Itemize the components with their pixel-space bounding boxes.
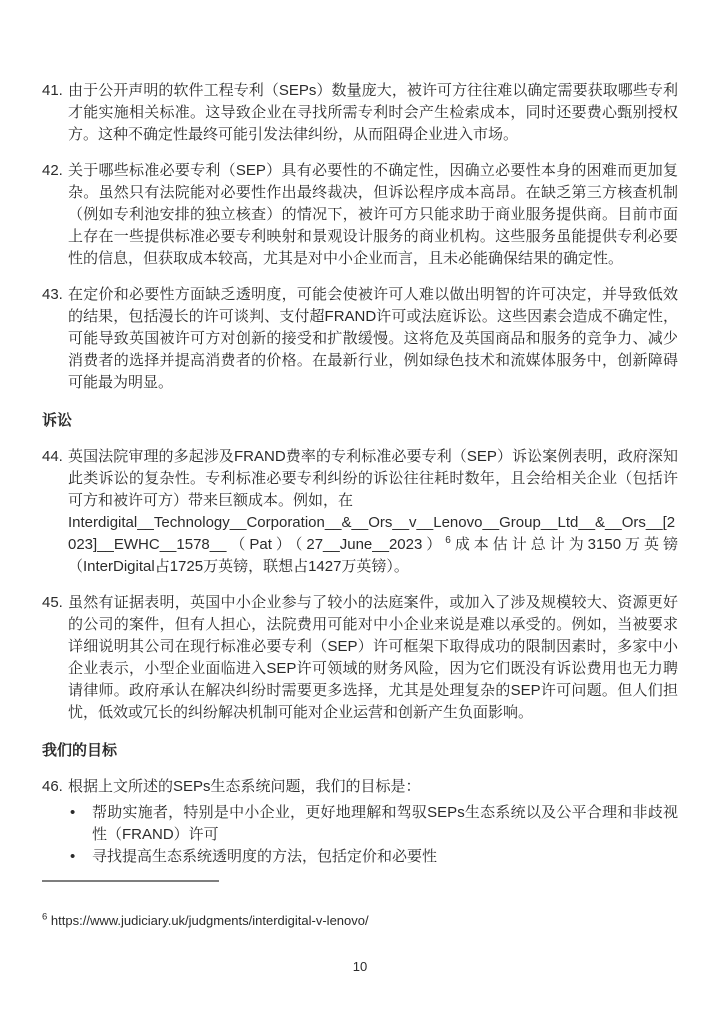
paragraph-41-number: 41. [42,80,68,146]
footnote-separator [42,880,219,882]
paragraph-43-text: 在定价和必要性方面缺乏透明度，可能会使被许可人难以做出明智的许可决定，并导致低效… [68,284,678,394]
section-heading-litigation: 诉讼 [42,410,678,432]
page-number: 10 [42,956,678,978]
paragraph-42: 42. 关于哪些标准必要专利（SEP）具有必要性的不确定性，因确立必要性本身的困… [42,160,678,270]
footnote-6-url: https://www.judiciary.uk/judgments/inter… [51,913,369,928]
list-item: • 帮助实施者，特别是中小企业，更好地理解和驾驭SEPs生态系统以及公平合理和非… [68,802,678,846]
footnote-6-marker: 6 [42,912,47,923]
paragraph-41-text: 由于公开声明的软件工程专利（SEPs）数量庞大，被许可方往往难以确定需要获取哪些… [68,80,678,146]
paragraph-43: 43. 在定价和必要性方面缺乏透明度，可能会使被许可人难以做出明智的许可决定，并… [42,284,678,394]
bullet-icon: • [68,802,92,846]
paragraph-44-number: 44. [42,446,68,578]
paragraph-44-text-before: 英国法院审理的多起涉及FRAND费率的专利标准必要专利（SEP）诉讼案例表明，政… [68,448,678,509]
paragraph-42-text: 关于哪些标准必要专利（SEP）具有必要性的不确定性，因确立必要性本身的困难而更加… [68,160,678,270]
paragraph-46-number: 46. [42,776,68,798]
bullet-1-text: 帮助实施者，特别是中小企业，更好地理解和驾驭SEPs生态系统以及公平合理和非歧视… [92,802,678,846]
paragraph-45-number: 45. [42,592,68,724]
bullet-icon: • [68,846,92,868]
list-item: • 寻找提高生态系统透明度的方法，包括定价和必要性 [68,846,678,868]
paragraph-42-number: 42. [42,160,68,270]
paragraph-45-text: 虽然有证据表明，英国中小企业参与了较小的法庭案件，或加入了涉及规模较大、资源更好… [68,592,678,724]
footnote-6: 6 https://www.judiciary.uk/judgments/int… [42,912,678,930]
goals-bullet-list: • 帮助实施者，特别是中小企业，更好地理解和驾驭SEPs生态系统以及公平合理和非… [68,802,678,868]
paragraph-45: 45. 虽然有证据表明，英国中小企业参与了较小的法庭案件，或加入了涉及规模较大、… [42,592,678,724]
paragraph-44-text: 英国法院审理的多起涉及FRAND费率的专利标准必要专利（SEP）诉讼案例表明，政… [68,446,678,578]
paragraph-43-number: 43. [42,284,68,394]
paragraph-46: 46. 根据上文所述的SEPs生态系统问题，我们的目标是： [42,776,678,798]
paragraph-44: 44. 英国法院审理的多起涉及FRAND费率的专利标准必要专利（SEP）诉讼案例… [42,446,678,578]
document-page: 41. 由于公开声明的软件工程专利（SEPs）数量庞大，被许可方往往难以确定需要… [0,0,720,978]
paragraph-41: 41. 由于公开声明的软件工程专利（SEPs）数量庞大，被许可方往往难以确定需要… [42,80,678,146]
paragraph-46-text: 根据上文所述的SEPs生态系统问题，我们的目标是： [68,776,678,798]
section-heading-goals: 我们的目标 [42,740,678,762]
bullet-2-text: 寻找提高生态系统透明度的方法，包括定价和必要性 [92,846,678,868]
